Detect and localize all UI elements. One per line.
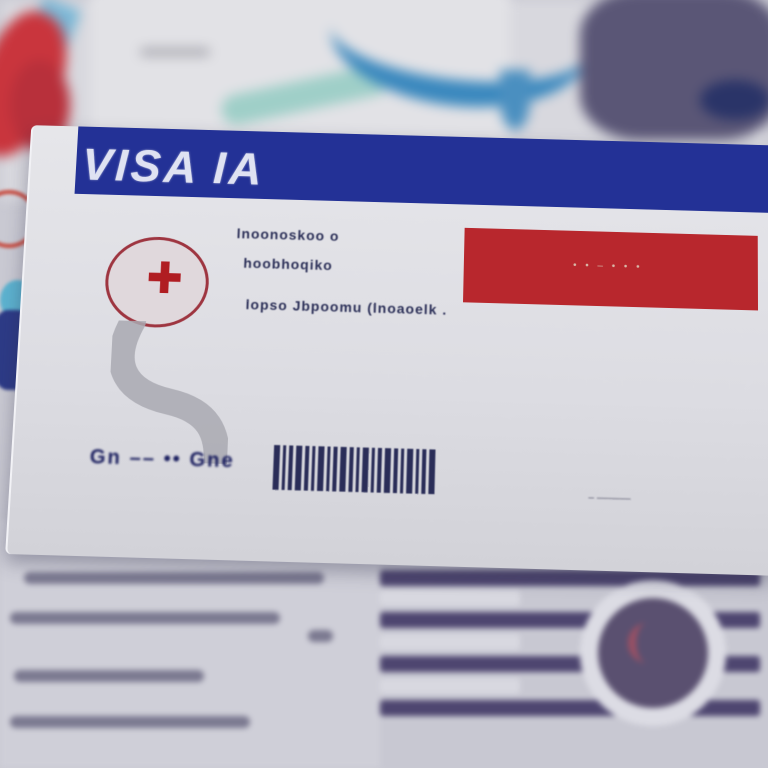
doc-text-line (10, 716, 250, 728)
photo-scene: VISA IA ✚ lnoonoskoo o hoobhoqiko lopso … (0, 0, 768, 768)
barcode-bar (304, 446, 310, 491)
flag-emblem (380, 560, 768, 768)
seal-inner-mark (628, 623, 666, 663)
doc-text-line (308, 630, 333, 642)
airplane-seal-icon: ✚ (103, 236, 211, 329)
barcode-bar (326, 447, 331, 492)
barcode (272, 445, 465, 495)
flag-stripe (380, 634, 520, 650)
barcode-bar (362, 447, 369, 492)
barcode-bar (371, 448, 375, 493)
barcode-bar (311, 446, 316, 491)
seal-emblem (580, 580, 726, 726)
card-title: VISA IA (81, 138, 266, 195)
barcode-bar (295, 446, 303, 491)
field-text-2: hoobhoqiko (243, 255, 333, 273)
barcode-bar (384, 448, 391, 493)
barcode-bar (377, 448, 382, 493)
field-text-1: lnoonoskoo o (236, 225, 339, 243)
machine-readable-text: Gn –– •• Gne (89, 446, 235, 473)
bg-blurred-text (140, 48, 210, 56)
airplane-icon: ✚ (145, 257, 184, 301)
barcode-bar (428, 449, 435, 494)
flag-stripe (380, 678, 520, 694)
barcode-bar (415, 449, 419, 494)
barcode-bar (348, 447, 353, 492)
visa-card: VISA IA ✚ lnoonoskoo o hoobhoqiko lopso … (5, 125, 768, 576)
bg-dark-blob (700, 80, 768, 120)
barcode-bar (317, 446, 325, 491)
barcode-bar (355, 447, 359, 492)
barcode-bar (393, 448, 398, 493)
signature-stroke (106, 320, 233, 464)
field-text-3: lopso Jbpoomu (lnoaoelk . (245, 296, 447, 317)
barcode-bar (282, 445, 287, 490)
serial-number: – –––––– (588, 492, 630, 504)
doc-text-line (10, 612, 280, 624)
red-security-box: • • – • • • (463, 228, 758, 311)
bg-blue-drip (500, 70, 530, 130)
barcode-bar (421, 449, 426, 494)
barcode-bar (272, 445, 280, 490)
barcode-bar (339, 447, 347, 492)
doc-text-line (14, 670, 204, 682)
flag-stripe (380, 590, 520, 606)
red-box-text: • • – • • • (573, 260, 643, 273)
doc-text-line (24, 572, 324, 584)
barcode-bar (332, 447, 338, 492)
barcode-bar (400, 449, 404, 494)
barcode-bar (406, 449, 413, 494)
barcode-bar (288, 445, 294, 490)
